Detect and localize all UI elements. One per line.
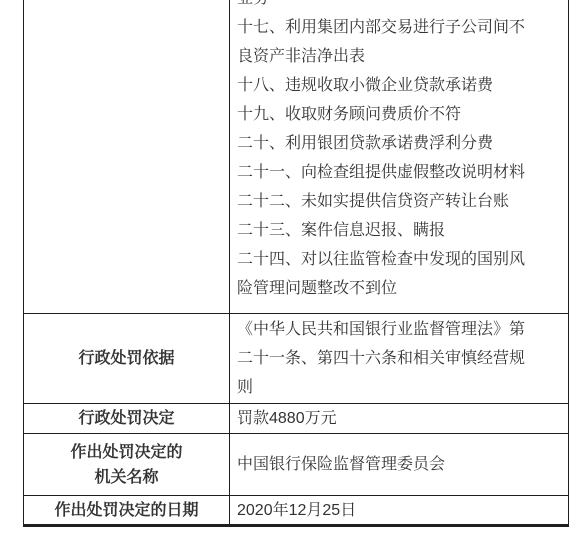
row-label-basis: 行政处罚依据 <box>24 314 230 403</box>
row-label-violations <box>24 0 230 313</box>
basis-line: 则 <box>237 373 564 402</box>
violation-line: 二十二、未如实提供信贷资产转让台账 <box>237 187 564 216</box>
violation-line: 十七、利用集团内部交易进行子公司间不 <box>237 13 564 42</box>
decision-value: 罚款4880万元 <box>237 404 564 433</box>
violation-line: 十九、收取财务顾问费质价不符 <box>237 100 564 129</box>
row-value-authority: 中国银行保险监督管理委员会 <box>230 434 568 495</box>
violation-line: 业务 <box>237 0 564 13</box>
violation-line: 二十、利用银团贷款承诺费浮利分费 <box>237 129 564 158</box>
row-value-basis: 《中华人民共和国银行业监督管理法》第 二十一条、第四十六条和相关审慎经营规 则 <box>230 314 568 403</box>
date-value: 2020年12月25日 <box>237 496 564 524</box>
authority-label-line: 机关名称 <box>94 465 158 490</box>
violation-line: 二十四、对以往监管检查中发现的国别风 <box>237 245 564 274</box>
table-row-violations: 业务 十七、利用集团内部交易进行子公司间不 良资产非洁净出表 十八、违规收取小微… <box>24 0 568 313</box>
table-row-authority: 作出处罚决定的 机关名称 中国银行保险监督管理委员会 <box>24 433 568 495</box>
row-label-decision: 行政处罚决定 <box>24 404 230 433</box>
basis-line: 二十一条、第四十六条和相关审慎经营规 <box>237 344 564 373</box>
violation-line: 二十一、向检查组提供虚假整改说明材料 <box>237 158 564 187</box>
violation-line: 良资产非洁净出表 <box>237 42 564 71</box>
violation-lines: 业务 十七、利用集团内部交易进行子公司间不 良资产非洁净出表 十八、违规收取小微… <box>237 0 564 303</box>
table-row-date: 作出处罚决定的日期 2020年12月25日 <box>24 495 568 524</box>
row-value-violations: 业务 十七、利用集团内部交易进行子公司间不 良资产非洁净出表 十八、违规收取小微… <box>230 0 568 313</box>
violation-line: 二十三、案件信息迟报、瞒报 <box>237 216 564 245</box>
violation-line: 险管理问题整改不到位 <box>237 274 564 303</box>
row-value-date: 2020年12月25日 <box>230 496 568 524</box>
table-row-decision: 行政处罚决定 罚款4880万元 <box>24 403 568 433</box>
row-value-decision: 罚款4880万元 <box>230 404 568 433</box>
row-label-authority: 作出处罚决定的 机关名称 <box>24 434 230 495</box>
basis-line: 《中华人民共和国银行业监督管理法》第 <box>237 315 564 344</box>
authority-label-line: 作出处罚决定的 <box>70 440 182 465</box>
row-label-date: 作出处罚决定的日期 <box>24 496 230 524</box>
authority-value: 中国银行保险监督管理委员会 <box>237 450 564 479</box>
table-row-basis: 行政处罚依据 《中华人民共和国银行业监督管理法》第 二十一条、第四十六条和相关审… <box>24 313 568 403</box>
penalty-table: 业务 十七、利用集团内部交易进行子公司间不 良资产非洁净出表 十八、违规收取小微… <box>23 0 569 527</box>
violation-line: 十八、违规收取小微企业贷款承诺费 <box>237 71 564 100</box>
